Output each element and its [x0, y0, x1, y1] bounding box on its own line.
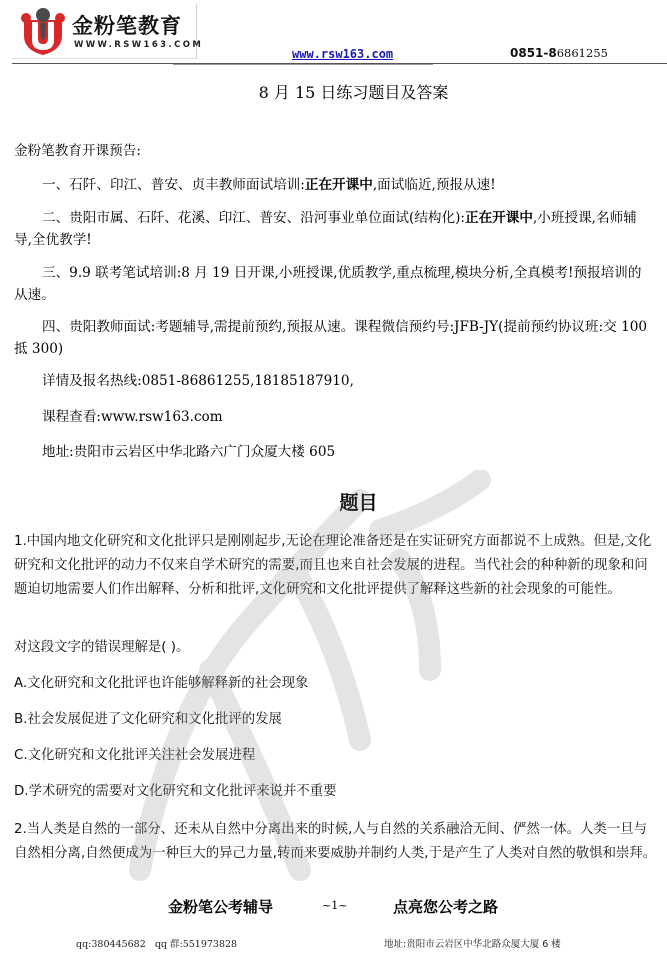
item-2-status: 正在开课中	[465, 210, 533, 226]
document-title: 8 月 15 日练习题目及答案	[0, 80, 667, 103]
item-4-text: 四、贵阳教师面试:考题辅导,需提前预约,预报从速。课程微信预约号:JFB-JY(…	[14, 316, 649, 360]
logo-name: 金粉笔教育	[72, 10, 182, 40]
logo: 金粉笔教育 WWW.RSW163.COM	[12, 4, 197, 59]
question-1-option-b: B.社会发展促进了文化研究和文化批评的发展	[14, 708, 657, 732]
website-link[interactable]: www.rsw163.com	[292, 47, 393, 61]
announcement-item-2: 二、贵阳市属、石阡、花溪、印江、普安、沿河事业单位面试(结构化):正在开课中,小…	[14, 207, 649, 251]
item-1-text: 一、石阡、印江、普安、贞丰教师面试培训:	[42, 177, 305, 193]
header-divider-accent	[173, 64, 433, 65]
document-page: 金粉笔教育 WWW.RSW163.COM www.rsw163.com 0851…	[0, 0, 667, 970]
question-1-prompt: 对这段文字的错误理解是( )。	[14, 636, 657, 660]
phone-prefix: 0851-8	[510, 46, 557, 60]
item-1-note: ,面试临近,预报从速!	[373, 177, 496, 193]
footer-qq: qq:380445682 qq 群:551973828	[76, 936, 237, 950]
announcement-heading: 金粉笔教育开课预告:	[14, 140, 649, 162]
page-number: ~1~	[322, 899, 347, 912]
question-1-option-c: C.文化研究和文化批评关注社会发展进程	[14, 744, 657, 768]
footer-right-slogan: 点亮您公考之路	[393, 896, 498, 917]
footer-address: 地址:贵阳市云岩区中华北路众厦大厦 6 楼	[384, 936, 561, 950]
question-1-stem: 1.中国内地文化研究和文化批评只是刚刚起步,无论在理论准备还是在实证研究方面都说…	[14, 530, 657, 602]
announcement-item-1: 一、石阡、印江、普安、贞丰教师面试培训:正在开课中,面试临近,预报从速!	[14, 174, 649, 196]
hotline: 详情及报名热线:0851-86861255,18185187910,	[42, 370, 649, 392]
question-1-option-d: D.学术研究的需要对文化研究和文化批评来说并不重要	[14, 780, 657, 804]
logo-icon	[18, 6, 68, 56]
item-1-status: 正在开课中	[305, 177, 373, 193]
announcement-item-4: 四、贵阳教师面试:考题辅导,需提前预约,预报从速。课程微信预约号:JFB-JY(…	[14, 316, 649, 360]
question-2-stem: 2.当人类是自然的一部分、还未从自然中分离出来的时候,人与自然的关系融洽无间、俨…	[14, 818, 657, 866]
address: 地址:贵阳市云岩区中华北路六广门众厦大楼 605	[42, 441, 649, 463]
header-phone: 0851-86861255	[510, 46, 608, 60]
question-1-option-a: A.文化研究和文化批评也许能够解释新的社会现象	[14, 672, 657, 696]
logo-url: WWW.RSW163.COM	[74, 40, 203, 50]
footer-left-slogan: 金粉笔公考辅导	[168, 896, 273, 917]
phone-rest: 6861255	[557, 46, 608, 60]
course-view: 课程查看:www.rsw163.com	[42, 406, 649, 428]
item-3-text: 三、9.9 联考笔试培训:8 月 19 日开课,小班授课,优质教学,重点梳理,模…	[14, 262, 649, 306]
announcement-item-3: 三、9.9 联考笔试培训:8 月 19 日开课,小班授课,优质教学,重点梳理,模…	[14, 262, 649, 306]
section-title: 题目	[0, 488, 667, 515]
item-2-text: 二、贵阳市属、石阡、花溪、印江、普安、沿河事业单位面试(结构化):	[42, 210, 465, 226]
